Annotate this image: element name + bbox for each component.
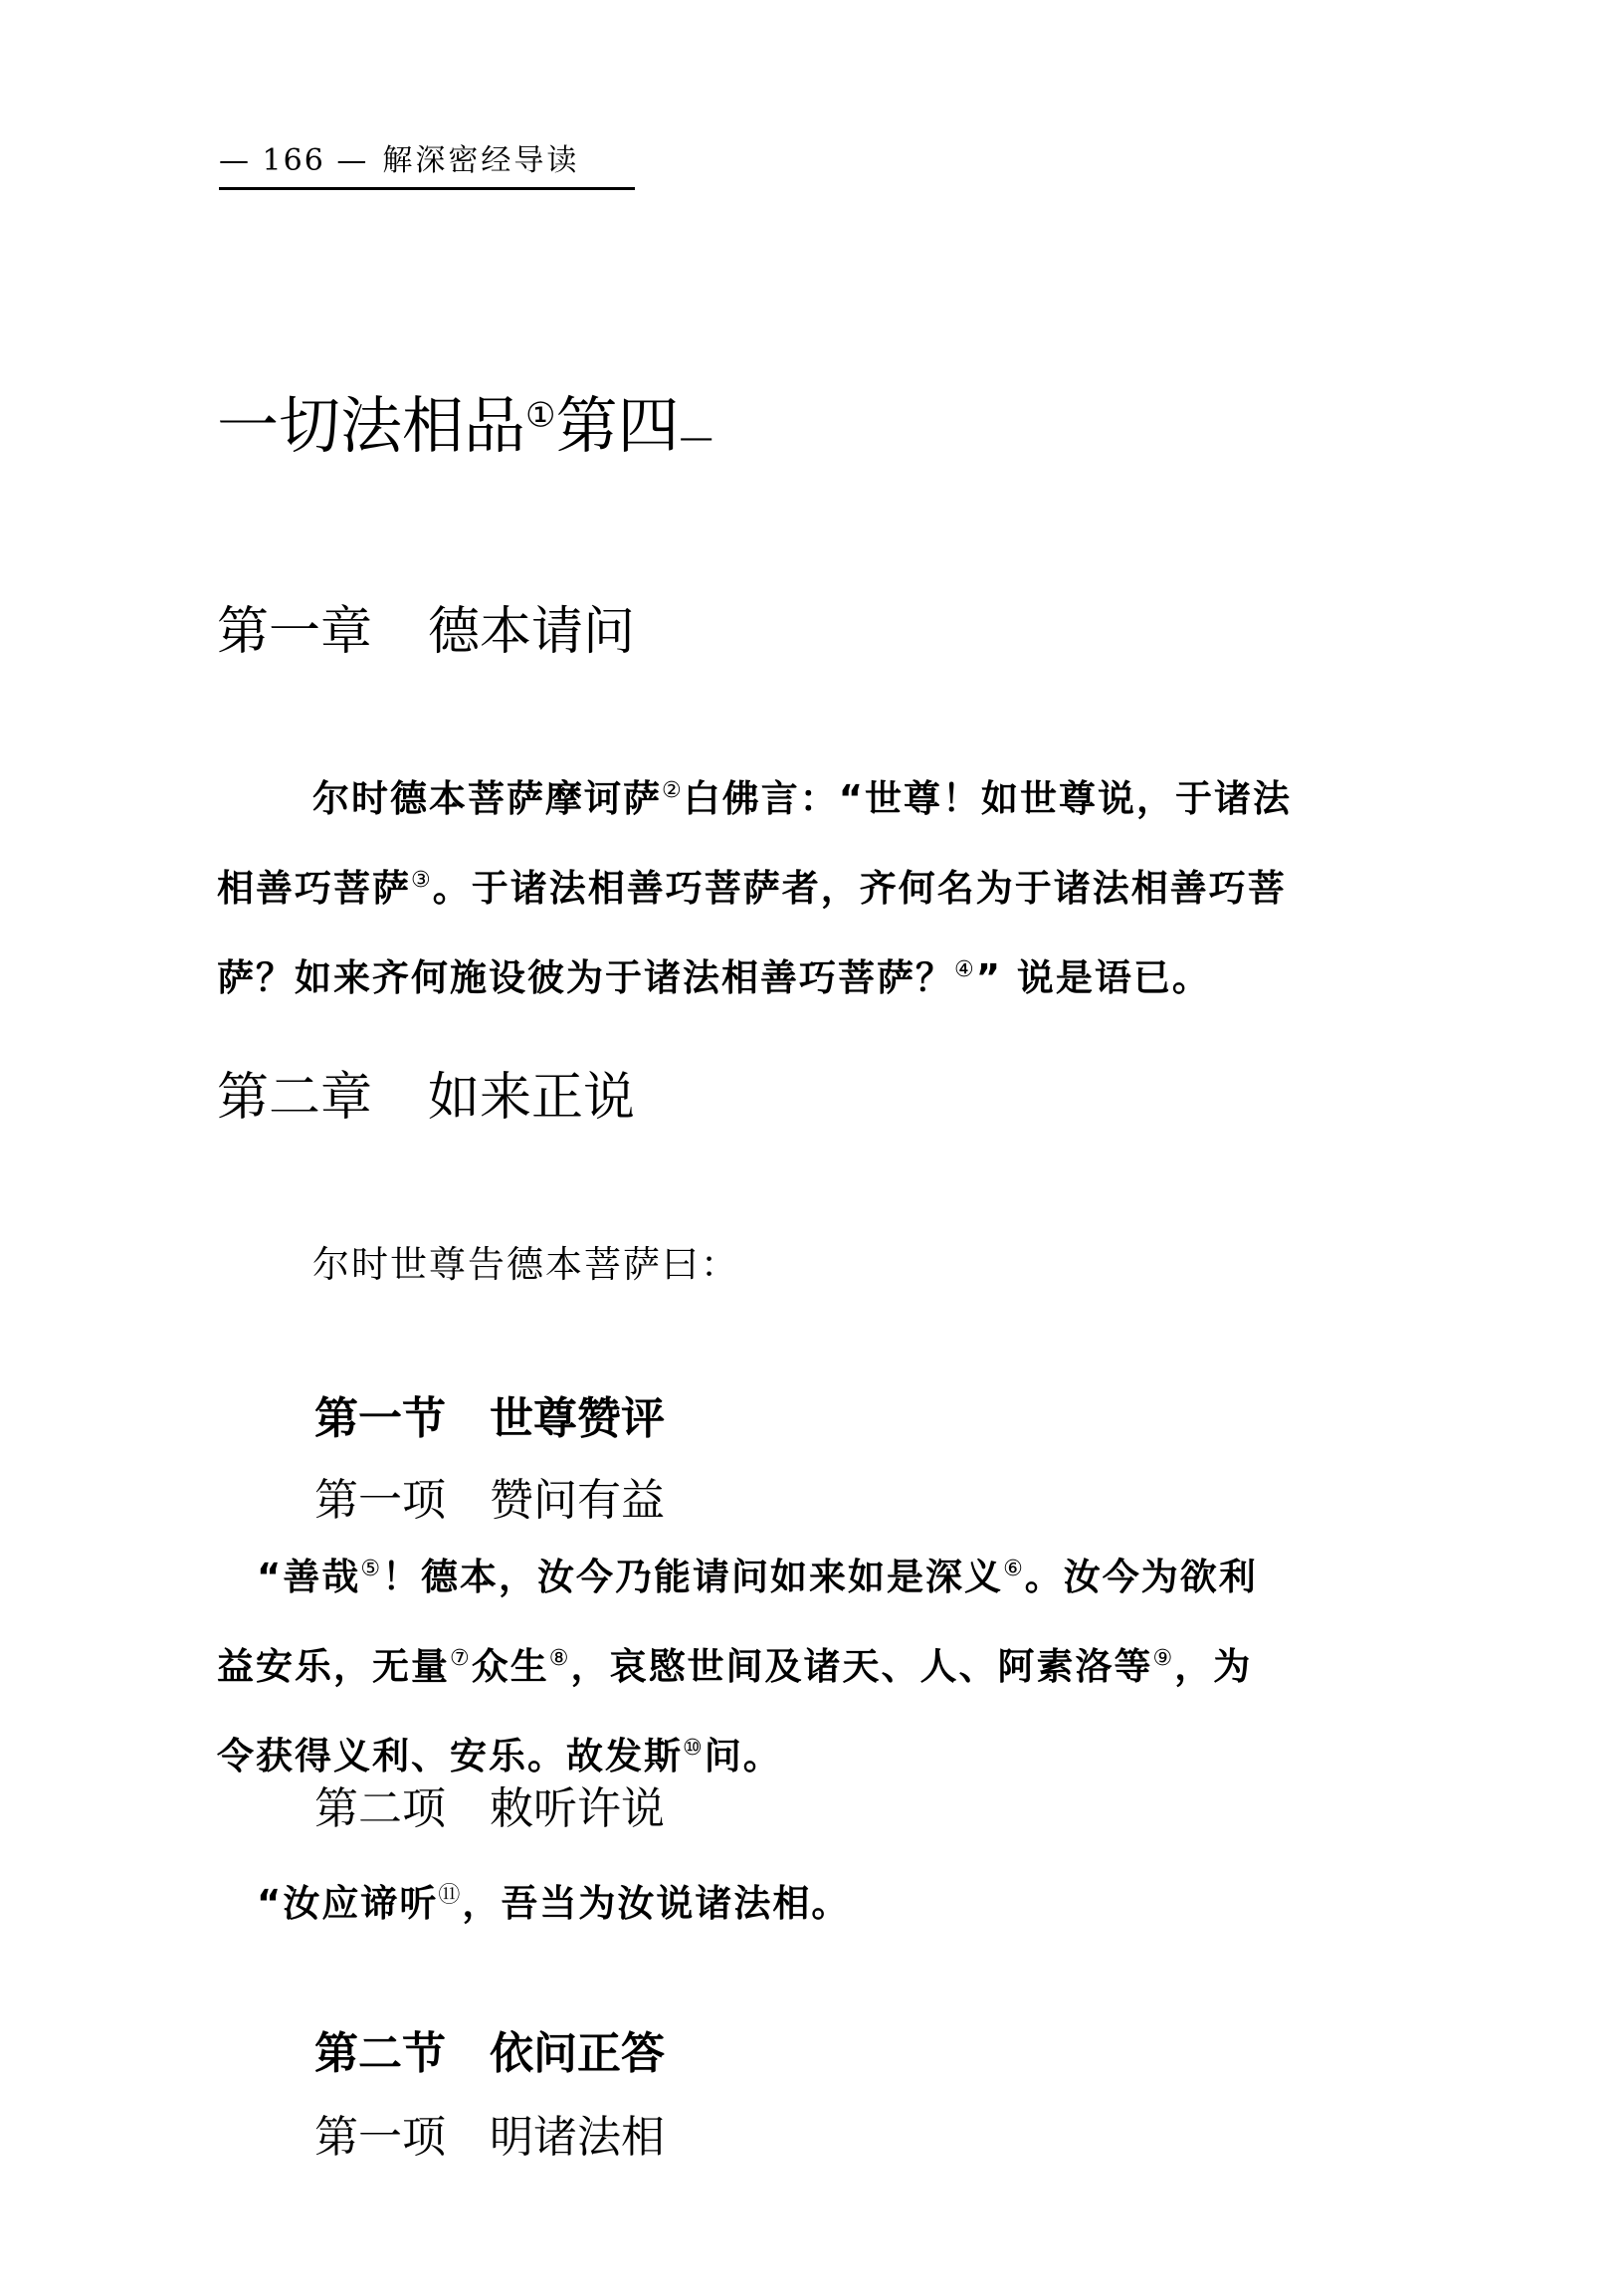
text-line: “汝应谛听⑪，吾当为汝说诸法相。: [217, 1859, 1431, 1949]
item-title: 赞问有益: [490, 1475, 665, 1526]
chapter-heading: 第二章如来正说: [217, 1063, 635, 1133]
text-line: “善哉⑤！德本，汝今乃能请问如来如是深义⑥。汝今为欲利: [217, 1533, 1431, 1622]
footnote-marker: ⑤: [360, 1557, 382, 1581]
footnote-marker: ⑥: [1003, 1557, 1025, 1581]
paragraph: “善哉⑤！德本，汝今乃能请问如来如是深义⑥。汝今为欲利 益安乐，无量⑦众生⑧，哀…: [217, 1533, 1431, 1801]
chapter-title: 德本请问: [428, 602, 635, 662]
part-title-suffix: 第四: [556, 389, 680, 462]
item-heading: 第一项赞问有益: [314, 1471, 665, 1531]
part-title-text: 一切法相品: [217, 389, 525, 462]
paragraph: “汝应谛听⑪，吾当为汝说诸法相。: [217, 1859, 1431, 1949]
footnote-marker: ⑧: [549, 1646, 571, 1671]
section-heading: 第一节世尊赞评: [314, 1389, 665, 1449]
item-label: 第二项: [314, 1783, 446, 1834]
book-title: 解深密经导读: [382, 143, 579, 178]
running-header: — 166 —解深密经导读: [219, 139, 635, 190]
item-heading: 第一项明诸法相: [314, 2108, 665, 2168]
item-label: 第一项: [314, 1475, 446, 1526]
chapter-heading: 第一章德本请问: [217, 597, 635, 667]
footnote-marker: ③: [411, 868, 433, 893]
text-line: 益安乐，无量⑦众生⑧，哀愍世间及诸天、人、阿素洛等⑨，为: [217, 1622, 1431, 1712]
chapter-label: 第一章: [217, 602, 372, 662]
footnote-marker: ①: [525, 396, 556, 436]
text-line: 尔时德本菩萨摩诃萨②白佛言：“世尊！如世尊说，于诸法: [217, 754, 1431, 844]
section-title: 依问正答: [490, 2028, 665, 2079]
item-heading: 第二项敕听许说: [314, 1779, 665, 1839]
page-number: — 166 —: [219, 143, 368, 178]
section-label: 第二节: [314, 2028, 446, 2079]
paragraph: 尔时世尊告德本菩萨曰：: [217, 1220, 1431, 1310]
footnote-marker: ④: [954, 957, 976, 982]
text-line: 相善巧菩萨③。于诸法相善巧菩萨者，齐何名为于诸法相善巧菩: [217, 844, 1431, 934]
item-title: 敕听许说: [490, 1783, 665, 1834]
book-page: — 166 —解深密经导读 一切法相品①第四— 第一章德本请问 尔时德本菩萨摩诃…: [0, 0, 1624, 2294]
footnote-marker: ⑨: [1152, 1646, 1174, 1671]
paragraph: 尔时德本菩萨摩诃萨②白佛言：“世尊！如世尊说，于诸法 相善巧菩萨③。于诸法相善巧…: [217, 754, 1431, 1023]
text-line: 萨？如来齐何施设彼为于诸法相善巧菩萨？④” 说是语已。: [217, 934, 1431, 1023]
section-label: 第一节: [314, 1393, 446, 1444]
item-title: 明诸法相: [490, 2112, 665, 2163]
section-heading: 第二节依问正答: [314, 2024, 665, 2084]
part-title: 一切法相品①第四—: [217, 386, 713, 478]
footnote-marker: ⑪: [438, 1883, 462, 1908]
section-title: 世尊赞评: [490, 1393, 665, 1444]
footnote-marker: ⑩: [683, 1736, 705, 1761]
footnote-marker: ⑦: [450, 1646, 472, 1671]
part-title-tail: —: [680, 418, 713, 458]
footnote-marker: ②: [662, 778, 684, 803]
text-line: 尔时世尊告德本菩萨曰：: [217, 1220, 1431, 1310]
chapter-label: 第二章: [217, 1068, 372, 1128]
chapter-title: 如来正说: [428, 1068, 635, 1128]
item-label: 第一项: [314, 2112, 446, 2163]
